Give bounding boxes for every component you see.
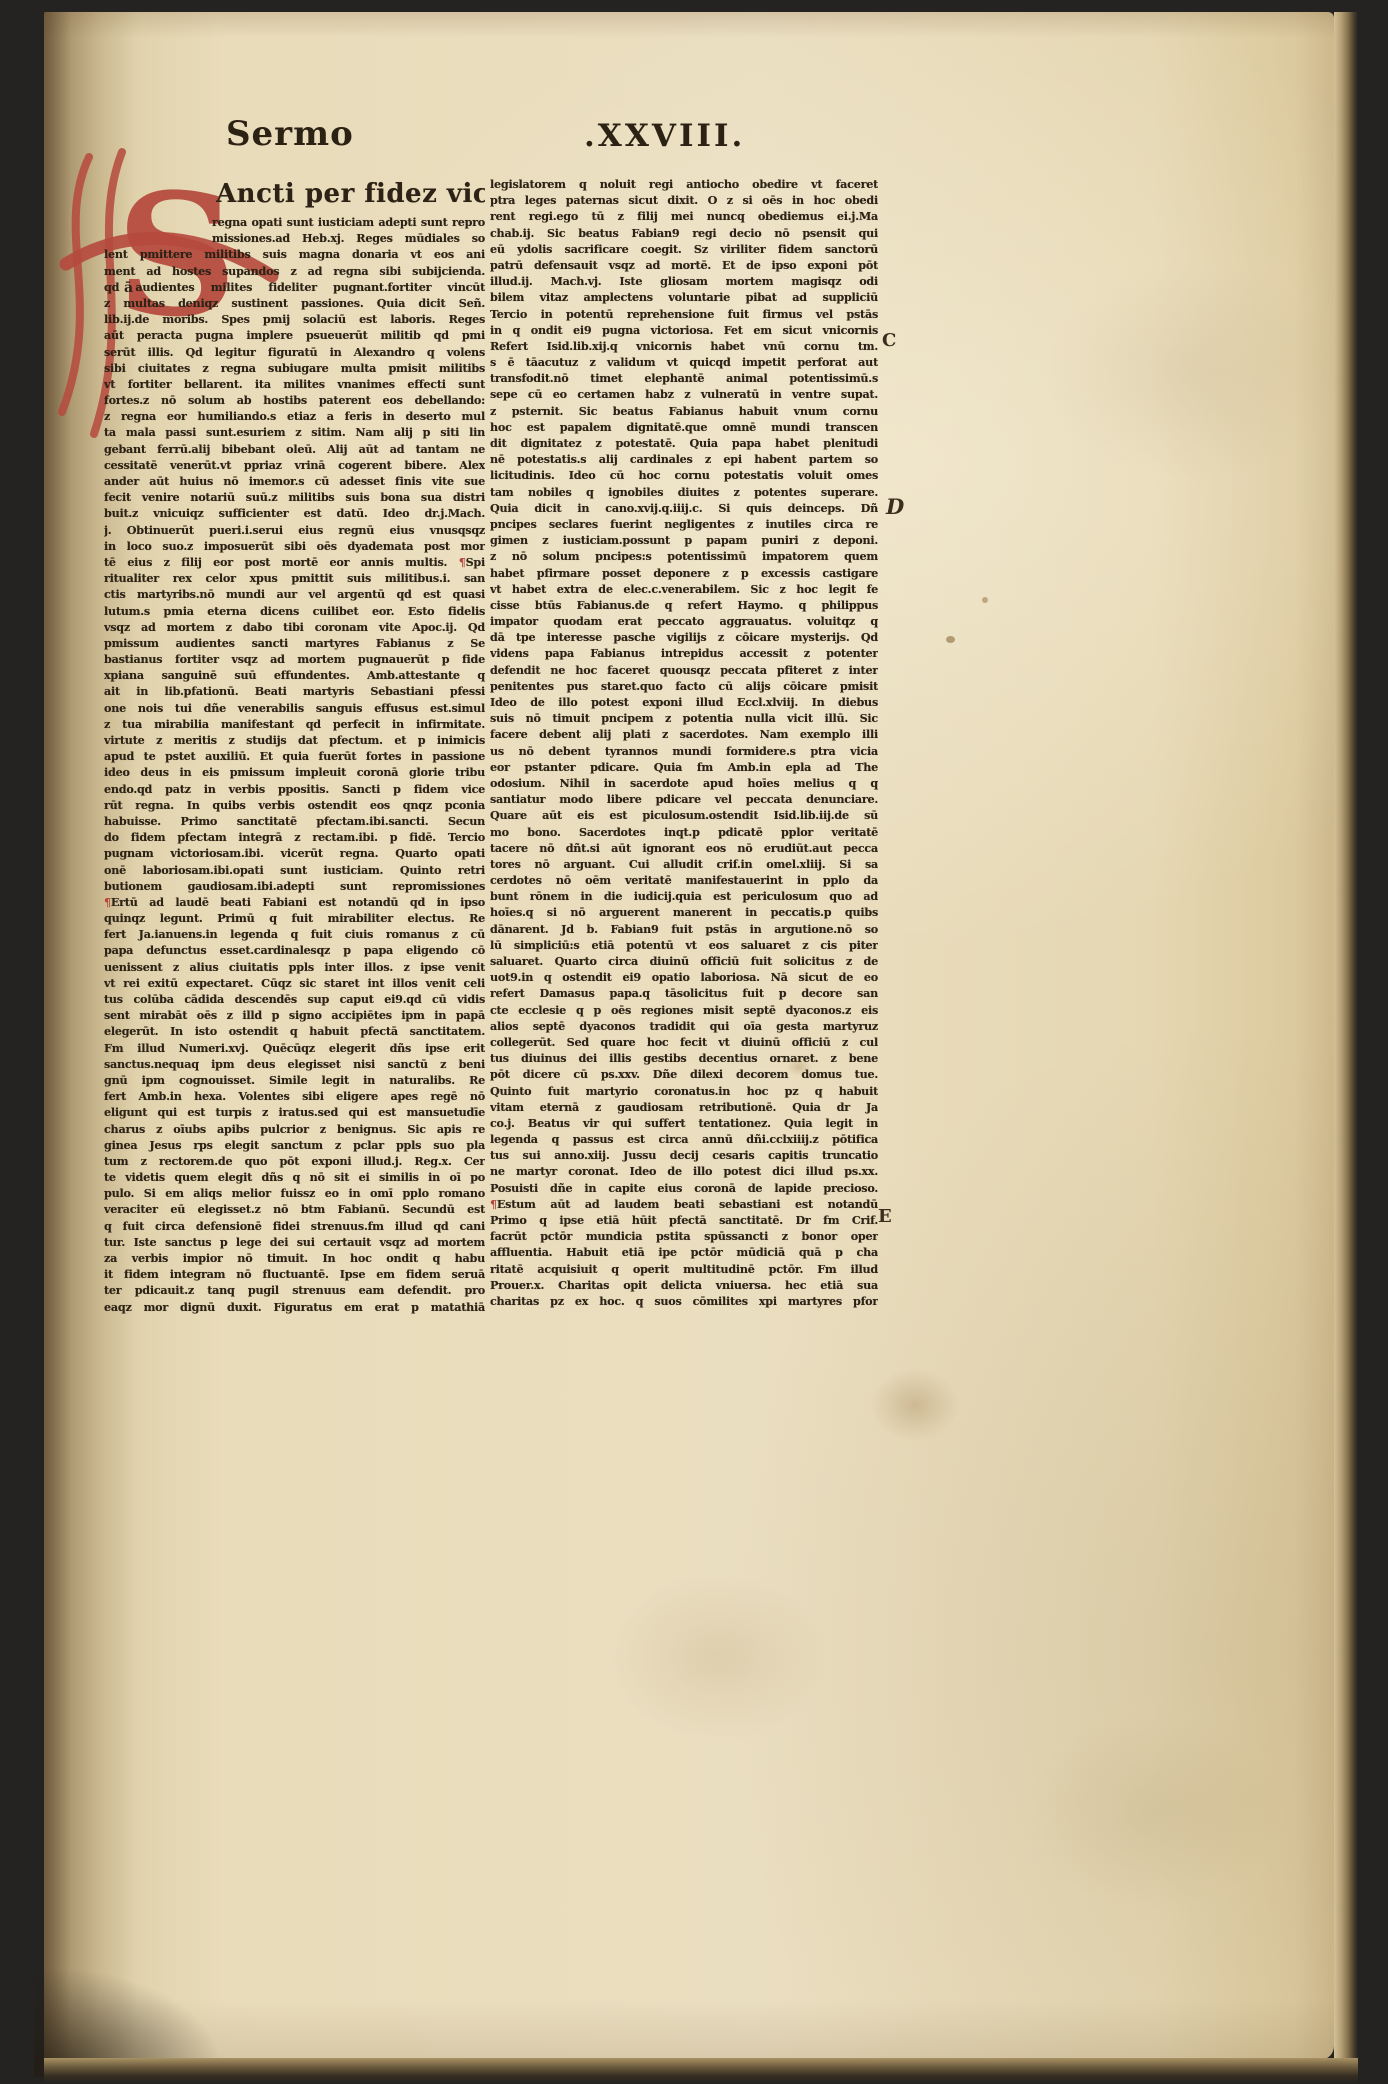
text-line: tus colūba cādida descendēs sup caput ei… xyxy=(104,991,485,1007)
text-line: fert Ja.ianuens.in legenda q fuit ciuis … xyxy=(104,926,485,942)
text-line: Tercio in potentū reprehensione fuit fir… xyxy=(490,306,878,322)
text-line: Primo q ipse etiā hūit pfectā sanctitatē… xyxy=(490,1212,878,1228)
incipit-line: Ancti per fidez vicerūt xyxy=(216,176,485,214)
text-line: pncipes seclares fuerint negligentes z i… xyxy=(490,516,878,532)
text-line: tē eius z filij eor post mortē eor annis… xyxy=(104,554,485,570)
text-line: tus sui anno.xiij. Jussu decij cesaris c… xyxy=(490,1147,878,1163)
text-line: alios septē dyaconos tradidit qui oīa ge… xyxy=(490,1018,878,1034)
text-line: fortes.z nō solum ab hostibs paterent eo… xyxy=(104,392,485,408)
text-line: tur. Iste sanctus p lege dei sui certaui… xyxy=(104,1234,485,1250)
text-line: lent pmittere militibs suis magna donari… xyxy=(104,246,485,262)
text-line: rent regi.ego tū z filij mei nuncq obedi… xyxy=(490,208,878,224)
text-line: us nō debent tyrannos mundi formidere.s … xyxy=(490,743,878,759)
rubric-paragraph-mark: ¶ xyxy=(490,1197,497,1211)
text-line: Refert Isid.lib.xij.q vnicornis habet vn… xyxy=(490,338,878,354)
text-line: te videtis quem elegit dñs q nō sit ei s… xyxy=(104,1169,485,1185)
text-line: sepe cū eo certamen habz z vulneratū in … xyxy=(490,386,878,402)
text-line: regna opati sunt iusticiam adepti sunt r… xyxy=(212,214,485,230)
text-line: Posuisti dñe in capite eius coronā de la… xyxy=(490,1180,878,1196)
page-bottom-edge xyxy=(44,2058,1358,2084)
text-line: hoīes.q si nō arguerent manerent in pecc… xyxy=(490,904,878,920)
margin-guide-letter: D xyxy=(886,494,904,519)
text-line: z tua mirabilia manifestant qd perfecit … xyxy=(104,716,485,732)
text-line: facere debent alij plati z sacerdotes. N… xyxy=(490,726,878,742)
text-line: q fuit circa defensionē fidei strenuus.f… xyxy=(104,1218,485,1234)
text-line: charus z oīubs apibs pulcrior z benignus… xyxy=(104,1121,485,1137)
text-line: ideo deus in eis pmissum impleuit coronā… xyxy=(104,764,485,780)
text-line: ait in lib.pfationū. Beati martyris Seba… xyxy=(104,683,485,699)
text-line: z nō solum pncipes:s potentissimū impato… xyxy=(490,548,878,564)
page-fore-edge xyxy=(1334,12,1358,2060)
folio-chapter-number: .XXVIII. xyxy=(584,118,745,154)
text-line: patrū defensauit vsqz ad mortē. Et de ip… xyxy=(490,257,878,273)
text-line: transfodit.nō timet elephantē animal pot… xyxy=(490,370,878,386)
text-line: bastianus fortiter vsqz ad mortem pugnau… xyxy=(104,651,485,667)
text-line: chab.ij. Sic beatus Fabian9 regi decio n… xyxy=(490,225,878,241)
text-line: tam nobiles q ignobiles diuites z potent… xyxy=(490,484,878,500)
text-line: vsqz ad mortem z dabo tibi coronam vite … xyxy=(104,619,485,635)
text-line: gnū ipm cognouisset. Simile legit in nat… xyxy=(104,1072,485,1088)
stain xyxy=(982,597,988,603)
text-line: pulo. Si em aliqs melior fuissz eo in om… xyxy=(104,1185,485,1201)
text-line: veraciter eū elegisset.z nō btm Fabianū.… xyxy=(104,1201,485,1217)
text-line: habet pfirmare posset deponere z p exces… xyxy=(490,565,878,581)
text-line: uenissent z alius ciuitatis ppls inter i… xyxy=(104,959,485,975)
text-line: z psternit. Sic beatus Fabianus habuit v… xyxy=(490,403,878,419)
text-line: eor pstanter pdicare. Quia fm Amb.in epl… xyxy=(490,759,878,775)
text-line: Ideo de illo potest exponi illud Eccl.xl… xyxy=(490,694,878,710)
text-line: legislatorem q noluit regi antiocho obed… xyxy=(490,176,878,192)
text-line: tus diuinus dei illis gestibs decentius … xyxy=(490,1050,878,1066)
stain xyxy=(1044,262,1344,482)
text-line: dā tpe interesse pasche vigilijs z cōica… xyxy=(490,629,878,645)
text-line: saluaret. Quarto circa diuinū officiū fu… xyxy=(490,953,878,969)
text-line: tores nō arguant. Cui alludit crif.in om… xyxy=(490,856,878,872)
text-line: s ē tāacutuz z validum vt quicqd impetit… xyxy=(490,354,878,370)
body-lines: legislatorem q noluit regi antiocho obed… xyxy=(490,176,878,1309)
text-line: in loco suo.z imposuerūt sibi oēs dyadem… xyxy=(104,538,485,554)
text-line: aūt peracta pugna implere psueuerūt mili… xyxy=(104,327,485,343)
text-line: sibi ciuitates z regna subiugare multa p… xyxy=(104,360,485,376)
text-line: in q ondit ei9 pugna victoriosa. Fet em … xyxy=(490,322,878,338)
text-line: cerdotes nō oēm veritatē manifestauerint… xyxy=(490,872,878,888)
text-line: licitudinis. Ideo cū hoc cornu potestati… xyxy=(490,467,878,483)
text-line: z multas deniqz sustinent passiones. Qui… xyxy=(104,295,485,311)
text-line: rūt regna. In quibs verbis ostendit eos … xyxy=(104,797,485,813)
text-line: mo bono. Sacerdotes inqt.p pdicatē pplor… xyxy=(490,824,878,840)
text-line: collegerūt. Sed quare hoc fecit vt diuin… xyxy=(490,1034,878,1050)
text-line: lutum.s pmia eterna dicens cuilibet eor.… xyxy=(104,603,485,619)
text-line: legenda q passus est circa annū dñi.cclx… xyxy=(490,1131,878,1147)
text-line: uot9.in q ostendit ei9 opatio laboriosa.… xyxy=(490,969,878,985)
text-line: pugnam victoriosam.ibi. vicerūt regna. Q… xyxy=(104,845,485,861)
text-line: lū simpliciū:s etiā potentū vt eos salua… xyxy=(490,937,878,953)
text-line: tacere nō dñt.si aūt ignorant eos nō eru… xyxy=(490,840,878,856)
text-line: videns papa Fabianus intrepidus accessit… xyxy=(490,645,878,661)
running-title: Sermo xyxy=(226,114,354,154)
stain xyxy=(870,1368,960,1442)
text-line: affluentia. Habuit etiā ipe pctōr mūdici… xyxy=(490,1244,878,1260)
left-text-column: Ancti per fidez vicerūt regna opati sunt… xyxy=(104,176,485,1315)
text-line: Fm illud Numeri.xvj. Quēcūqz elegerit dñ… xyxy=(104,1040,485,1056)
rubric-paragraph-mark: ¶ xyxy=(459,555,466,569)
text-line: one nois tui dñe venerabilis sanguis eff… xyxy=(104,700,485,716)
text-line: fert Amb.in hexa. Volentes sibi eligere … xyxy=(104,1088,485,1104)
text-line: endo.qd patz in verbis ppositis. Sancti … xyxy=(104,781,485,797)
right-text-column: legislatorem q noluit regi antiocho obed… xyxy=(490,176,878,1309)
book-photo: Sermo .XXVIII. S ā Ancti per fidez vicer… xyxy=(0,0,1388,2084)
text-line: cessitatē venerūt.vt ppriaz vrinā cogere… xyxy=(104,457,485,473)
text-line: gimen z iusticiam.possunt p papam puniri… xyxy=(490,532,878,548)
text-line: za verbis impior nō timuit. In hoc ondit… xyxy=(104,1250,485,1266)
text-line: qd audientes milites fideliter pugnant.f… xyxy=(104,279,485,295)
indented-lines: regna opati sunt iusticiam adepti sunt r… xyxy=(104,214,485,246)
text-line: fecit venire notariū suū.z militibs suis… xyxy=(104,489,485,505)
text-line: it fidem integram nō fluctuantē. Ipse em… xyxy=(104,1266,485,1282)
text-line: pōt dicere cū ps.xxv. Dñe dilexi decorem… xyxy=(490,1066,878,1082)
text-line: ment ad hostes supandos z ad regna sibi … xyxy=(104,263,485,279)
margin-guide-letter: E xyxy=(878,1206,892,1227)
text-line: z regna eor humiliando.s etiaz a feris i… xyxy=(104,408,485,424)
text-line: bunt rōnem in die iudicij.quia est peric… xyxy=(490,888,878,904)
text-line: j. Obtinuerūt pueri.i.serui eius regnū e… xyxy=(104,522,485,538)
text-line: penitentes pus staret.quo facto cū alijs… xyxy=(490,678,878,694)
text-line: illud.ij. Mach.vj. Iste gliosam mortem m… xyxy=(490,273,878,289)
text-line: bilem vitaz amplectens voluntarie pibat … xyxy=(490,289,878,305)
text-line: nē potestatis.s alij cardinales z epi ha… xyxy=(490,451,878,467)
text-line: butionem gaudiosam.ibi.adepti sunt repro… xyxy=(104,878,485,894)
text-line: ritualiter rex celor xpus pmittit suis m… xyxy=(104,570,485,586)
text-line: do fidem pfectam integrā z rectam.ibi. p… xyxy=(104,829,485,845)
text-line: elegerūt. In isto ostendit q habuit pfec… xyxy=(104,1023,485,1039)
page: Sermo .XXVIII. S ā Ancti per fidez vicer… xyxy=(44,12,1334,2060)
text-line: dit dignitatez z potestatē. Quia papa ha… xyxy=(490,435,878,451)
text-line: onē laboriosam.ibi.opati sunt iusticiam.… xyxy=(104,862,485,878)
text-line: suis nō timuit pncipem z potentia nulla … xyxy=(490,710,878,726)
text-line: xpiana sanguinē suū effundentes. Amb.att… xyxy=(104,667,485,683)
text-line: tum z rectorem.de quo pōt exponi illud.j… xyxy=(104,1153,485,1169)
rubric-paragraph-mark: ¶ xyxy=(104,895,111,909)
text-line: ¶Ertū ad laudē beati Fabiani est notandū… xyxy=(104,894,485,910)
text-line: ctis martyribs.nō mundi aur vel argentū … xyxy=(104,586,485,602)
text-line: facrūt pctōr mundicia pstita spūssancti … xyxy=(490,1228,878,1244)
text-line: quinqz legunt. Primū q fuit mirabiliter … xyxy=(104,910,485,926)
text-line: missiones.ad Heb.xj. Reges mūdiales so xyxy=(212,230,485,246)
text-line: cisse btūs Fabianus.de q refert Haymo. q… xyxy=(490,597,878,613)
text-line: ritatē acquisiuit q operit multitudinē p… xyxy=(490,1261,878,1277)
text-line: ginea Jesus rps elegit sanctum z pclar p… xyxy=(104,1137,485,1153)
text-line: Quinto fuit martyrio coronatus.in hoc pz… xyxy=(490,1083,878,1099)
text-line: impator quodam erat peccato aggrauatus. … xyxy=(490,613,878,629)
text-line: defendit ne hoc faceret quousqz peccata … xyxy=(490,662,878,678)
text-line: vt habet extra de elec.c.venerabilem. Si… xyxy=(490,581,878,597)
text-line: Quare aūt eis est piculosum.ostendit Isi… xyxy=(490,807,878,823)
text-line: gebant ferrū.alij bibebant oleū. Alij aū… xyxy=(104,441,485,457)
text-line: lib.ij.de moribs. Spes pmij solaciū est … xyxy=(104,311,485,327)
text-line: eū ydolis sacrificare coegit. Sz virilit… xyxy=(490,241,878,257)
text-line: buit.z vnicuiqz sufficienter est datū. I… xyxy=(104,505,485,521)
text-line: Prouer.x. Charitas opit delicta vniuersa… xyxy=(490,1277,878,1293)
text-line: hoc est papalem dignitatē.que omnē mundi… xyxy=(490,419,878,435)
text-line: co.j. Beatus vir qui suffert tentationez… xyxy=(490,1115,878,1131)
text-line: vt fortiter bellarent. ita milites vnani… xyxy=(104,376,485,392)
text-line: vt rei exitū expectaret. Cūqz sic staret… xyxy=(104,975,485,991)
text-line: ptra leges paternas sicut dixit. O z si … xyxy=(490,192,878,208)
text-line: vitam eternā z gaudiosam retributionē. Q… xyxy=(490,1099,878,1115)
margin-guide-letter: C xyxy=(882,330,896,351)
text-line: santiatur modo libere pdicare vel peccat… xyxy=(490,791,878,807)
text-line: charitas pz ex hoc. q suos cōmilites xpi… xyxy=(490,1293,878,1309)
text-line: eligunt qui est turpis z iratus.sed qui … xyxy=(104,1104,485,1120)
text-line: habuisse. Primo sanctitatē pfectam.ibi.s… xyxy=(104,813,485,829)
text-line: serūt illis. Qd legitur figuratū in Alex… xyxy=(104,344,485,360)
text-line: sent mirabāt oēs z illd p signo accipiēt… xyxy=(104,1007,485,1023)
text-line: pmissum audientes sancti martyres Fabian… xyxy=(104,635,485,651)
text-line: sanctus.nequaq ipm deus elegisset nisi s… xyxy=(104,1056,485,1072)
text-line: refert Damasus papa.q tāsolicitus fuit p… xyxy=(490,985,878,1001)
text-line: Quia dicit in cano.xvij.q.iiij.c. Si qui… xyxy=(490,500,878,516)
text-line: cte ecclesie q p oēs regiones misit sept… xyxy=(490,1002,878,1018)
text-line: virtute z meritis z studijs dat pfectum.… xyxy=(104,732,485,748)
text-line: ta mala passi sunt.esuriem z sitim. Nam … xyxy=(104,424,485,440)
stain xyxy=(1024,1712,1284,1912)
text-line: ter pdicauit.z tanq pugil strenuus eam d… xyxy=(104,1282,485,1298)
text-line: apud te pstet auxiliū. Et quia fuerūt fo… xyxy=(104,748,485,764)
body-lines: lent pmittere militibs suis magna donari… xyxy=(104,246,485,1314)
text-line: eaqz mor dignū duxit. Figuratus em erat … xyxy=(104,1299,485,1315)
text-line: ander aūt huius nō imemor.s cū adesset f… xyxy=(104,473,485,489)
text-line: dānarent. Jd b. Fabian9 fuit pstās in ar… xyxy=(490,921,878,937)
text-line: odosium. Nihil in sacerdote apud hoīes m… xyxy=(490,775,878,791)
stain xyxy=(946,636,955,643)
text-line: ¶Estum aūt ad laudem beati sebastiani es… xyxy=(490,1196,878,1212)
text-line: papa defunctus esset.cardinalesqz p papa… xyxy=(104,942,485,958)
text-line: ne martyr coronat. Ideo de illo potest d… xyxy=(490,1163,878,1179)
stain xyxy=(610,1572,830,1742)
